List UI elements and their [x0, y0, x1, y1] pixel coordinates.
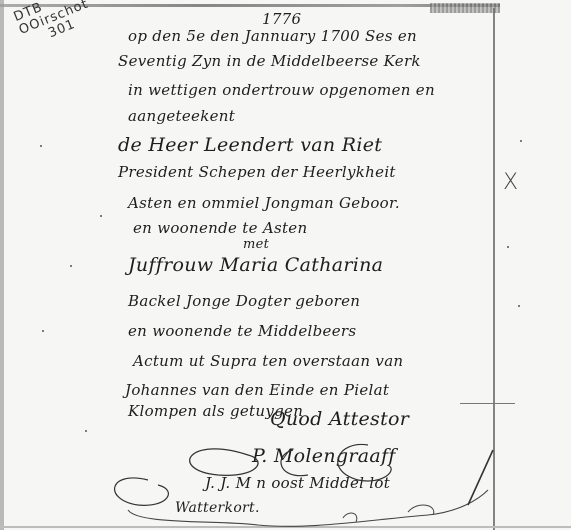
page-bottom-edge	[0, 526, 571, 528]
scan-speck	[507, 246, 509, 248]
text-line-10: Backel Jonge Dogter geboren	[128, 292, 360, 310]
bride-name-line: Juffrouw Maria Catharina	[128, 254, 383, 276]
scan-speck	[100, 215, 102, 217]
scan-speck	[85, 430, 87, 432]
page-left-edge	[0, 0, 4, 530]
interlinear-met: met	[243, 237, 269, 252]
scan-speck	[520, 140, 522, 142]
text-line-13: Johannes van den Einde en Pielat	[125, 381, 389, 399]
scan-speck	[40, 145, 42, 147]
document-page: DTB OOirschot 301 X 1776 op den 5e den J…	[0, 0, 571, 530]
text-line-2: Seventig Zyn in de Middelbeerse Kerk	[118, 52, 421, 70]
text-line-3: in wettigen ondertrouw opgenomen en	[128, 81, 435, 99]
signature-line: P. Molengraaff	[252, 445, 396, 467]
text-line-12: Actum ut Supra ten overstaan van	[133, 352, 403, 370]
page-top-corner-shadow	[430, 3, 500, 13]
archive-reference-note: DTB OOirschot 301	[12, 0, 96, 51]
text-line-4: aangeteekent	[128, 107, 235, 125]
groom-name-line: de Heer Leendert van Riet	[118, 134, 382, 156]
signature-place-line: Watterkort.	[175, 500, 260, 516]
signature-title-line: J. J. M n oost Middel lot	[205, 474, 390, 492]
scan-speck	[518, 305, 520, 307]
margin-x-mark: X	[503, 170, 518, 195]
year-header: 1776	[262, 10, 301, 28]
text-line-1: op den 5e den Jannuary 1700 Ses en	[128, 27, 417, 45]
page-fold-line	[493, 8, 495, 530]
text-line-6: President Schepen der Heerlykheit	[118, 163, 396, 181]
text-line-11: en woonende te Middelbeers	[128, 322, 356, 340]
margin-tick-line	[460, 403, 515, 404]
text-line-8: en woonende te Asten	[133, 219, 307, 237]
scan-speck	[42, 330, 44, 332]
attestation-line: Quod Attestor	[270, 408, 409, 430]
scan-speck	[70, 265, 72, 267]
text-line-7: Asten en ommiel Jongman Geboor.	[128, 194, 400, 212]
